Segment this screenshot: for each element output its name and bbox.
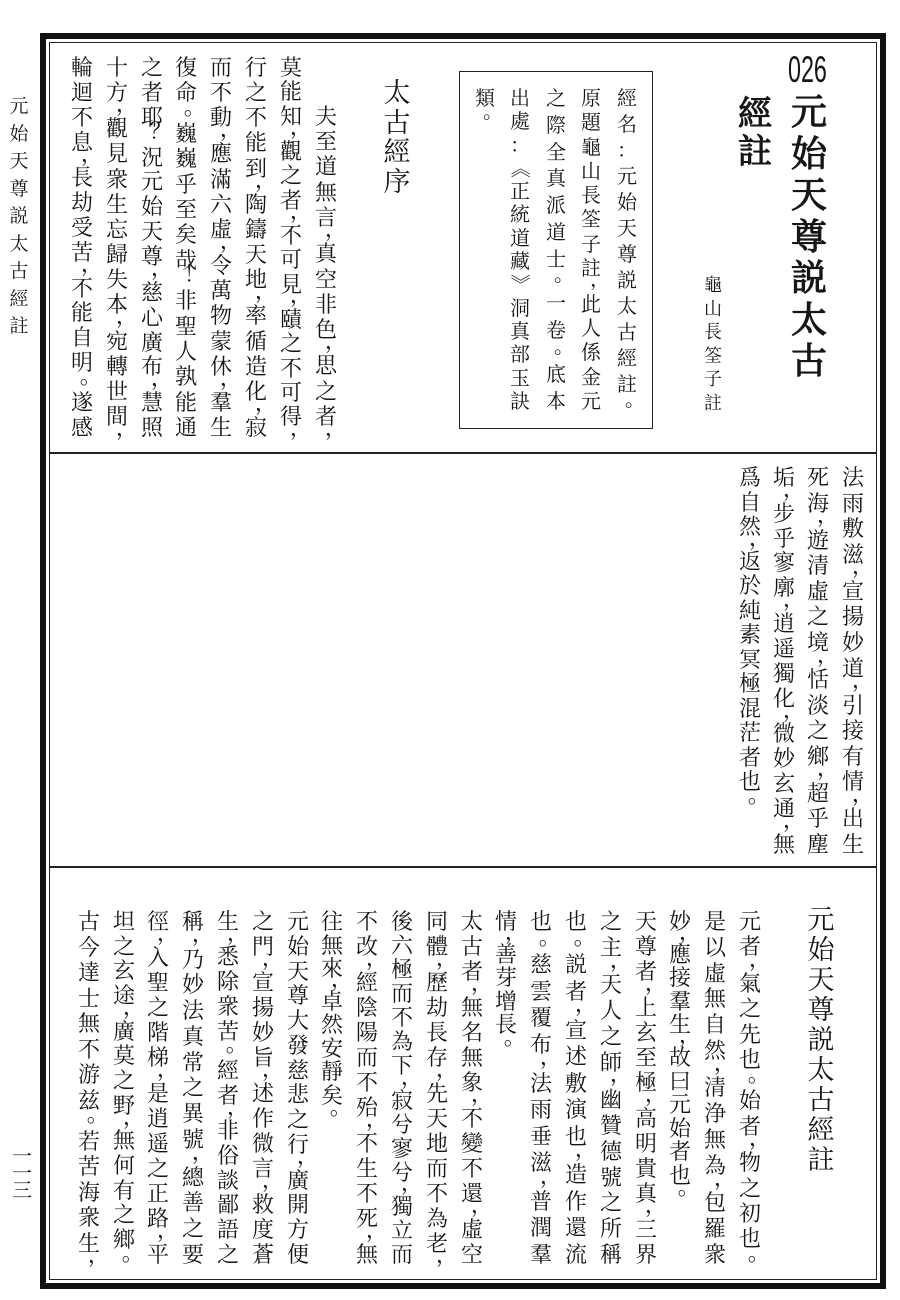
glyph: ， (583, 276, 617, 283)
glyph: 空 (309, 270, 343, 292)
glyph: 不 (65, 108, 99, 130)
glyph: 獨 (385, 1197, 419, 1219)
glyph: 不 (455, 1109, 489, 1131)
glyph: 名 (455, 1023, 489, 1045)
glyph: 明 (629, 1134, 663, 1156)
glyph: 之 (801, 721, 835, 743)
glyph: 。 (220, 1040, 254, 1052)
glyph: 寥 (767, 553, 801, 575)
glyph: 天 (2, 152, 36, 171)
page-number: 一一三 (5, 1148, 39, 1198)
glyph: 先 (420, 1084, 454, 1106)
glyph: 山 (574, 161, 608, 181)
scripture-title-line-1: 元始天尊説太古 (787, 95, 831, 380)
glyph: 自 (65, 328, 99, 350)
glyph: 子 (696, 371, 730, 389)
glyph: 生 (204, 418, 238, 440)
glyph: 者 (663, 1142, 697, 1164)
glyph: 然 (315, 1015, 349, 1037)
glyph: 正 (141, 1184, 175, 1206)
glyph: 。 (81, 1109, 115, 1121)
info-box-column: 之際全真派道士。一卷。底本 (539, 88, 573, 411)
glyph: 慈 (524, 955, 558, 977)
glyph: ， (534, 1173, 568, 1181)
glyph: 十 (100, 58, 134, 80)
glyph: 揚 (836, 607, 870, 629)
glyph: ， (846, 564, 880, 572)
glyph: 物 (204, 306, 238, 328)
commentary-column: 徑，入聖之階梯，是逍遥之正路，平 (141, 912, 175, 1267)
preface-column: 之者耶？況元始天尊，慈心廣布，慧照 (135, 58, 169, 440)
glyph: 是 (141, 1084, 175, 1106)
glyph: 。 (618, 394, 652, 405)
glyph: 真 (539, 168, 573, 188)
glyph: 。 (547, 341, 581, 352)
glyph: 羣 (524, 1245, 558, 1267)
glyph: 貴 (629, 1159, 663, 1181)
glyph: 之 (594, 1027, 628, 1049)
commentary-column: 之門，宣揚妙旨，述作微言，救度蒼 (246, 912, 280, 1267)
info-box-column: 類。 (468, 88, 502, 123)
glyph: 乃 (176, 950, 210, 972)
info-box-column: 經名：元始天尊説太古經註。 (610, 88, 644, 411)
margin-running-title: 元始天尊説太古經註 (2, 97, 36, 336)
glyph: 稱 (594, 1245, 628, 1267)
glyph: 之 (309, 382, 343, 404)
glyph: 悲 (281, 1085, 315, 1107)
glyph: 遥 (141, 1134, 175, 1156)
glyph: 接 (836, 721, 870, 743)
glyph: 説 (799, 1027, 843, 1054)
glyph: 尊 (281, 986, 315, 1008)
glyph: 而 (420, 1159, 454, 1181)
glyph: 無 (107, 1131, 141, 1153)
glyph: 素 (733, 625, 767, 647)
glyph: 上 (629, 998, 663, 1020)
glyph: ， (777, 597, 811, 605)
glyph: 無 (309, 183, 343, 205)
glyph: 善 (489, 945, 523, 967)
glyph: ， (110, 314, 144, 322)
glyph: 太 (610, 296, 644, 316)
glyph: 無 (72, 1014, 106, 1036)
glyph: 古 (799, 1087, 843, 1114)
glyph: 之 (211, 1245, 245, 1267)
glyph: 金 (574, 367, 608, 387)
glyph: 不 (385, 1008, 419, 1030)
glyph: 救 (246, 1195, 280, 1217)
glyph: 此 (574, 294, 608, 314)
glyph: 高 (629, 1109, 663, 1131)
glyph: 混 (733, 699, 767, 721)
glyph: 》 (510, 267, 530, 301)
glyph: 今 (72, 938, 106, 960)
glyph: 古 (787, 344, 831, 380)
glyph: ， (284, 209, 318, 217)
glyph: ， (214, 238, 248, 246)
glyph: 無 (698, 989, 732, 1011)
glyph: 三 (5, 1182, 39, 1198)
glyph: 經 (2, 290, 36, 309)
commentary-column: 妙，應接羣生，故曰元始者也。 (663, 912, 697, 1201)
glyph: 浄 (698, 1104, 732, 1126)
glyph: 無 (350, 1245, 384, 1267)
glyph: ， (846, 791, 880, 799)
glyph: 真 (176, 1027, 210, 1049)
glyph: 塵 (801, 835, 835, 857)
glyph: 受 (65, 218, 99, 240)
glyph: 寥 (385, 1139, 419, 1161)
glyph: 界 (629, 1245, 663, 1267)
glyph: 作 (246, 1109, 280, 1131)
preface-column: 莫能知，觀之者，不可見，賾之不可得， (274, 58, 308, 440)
glyph: 能 (65, 303, 99, 325)
glyph: 出 (503, 88, 537, 108)
glyph: 階 (141, 1023, 175, 1045)
glyph: ， (284, 125, 318, 133)
glyph: 始 (799, 937, 843, 964)
glyph: 經 (799, 1117, 843, 1144)
glyph: ， (499, 929, 533, 937)
glyph: 談 (211, 1171, 245, 1193)
glyph: 雨 (524, 1100, 558, 1122)
glyph: 太 (380, 80, 414, 107)
commentary-column: 太古者，無名無象，不變不還，虛空 (455, 912, 489, 1267)
glyph: 長 (420, 1023, 454, 1045)
glyph: 派 (539, 195, 573, 215)
glyph: 至 (169, 200, 203, 222)
glyph: 慧 (135, 393, 169, 415)
glyph: 元 (799, 907, 843, 934)
glyph: 宣 (246, 973, 280, 995)
glyph: ， (117, 1114, 151, 1122)
glyph: 《 (510, 151, 530, 185)
glyph: 不 (274, 226, 308, 248)
glyph: 天 (135, 222, 169, 244)
glyph: 天 (420, 1109, 454, 1131)
glyph: 經 (733, 97, 777, 131)
glyph: 為 (420, 1209, 454, 1231)
glyph: 何 (107, 1156, 141, 1178)
glyph: 變 (455, 1134, 489, 1156)
glyph: 故 (663, 1048, 697, 1070)
commentary-column: 古今達士無不游兹。若苦海衆生， (72, 912, 106, 1267)
glyph: 物 (733, 1153, 767, 1175)
glyph: 三 (629, 1220, 663, 1242)
glyph: 道 (503, 228, 537, 248)
glyph: ， (319, 339, 353, 347)
glyph: 之 (176, 1078, 210, 1100)
glyph: 所 (594, 1219, 628, 1241)
glyph: 不 (350, 1134, 384, 1156)
glyph: 原 (574, 88, 608, 108)
glyph: 題 (574, 112, 608, 132)
glyph: ， (708, 1175, 742, 1183)
glyph: 大 (281, 1011, 315, 1033)
commentary-column: 也。慈雲覆布，法雨垂滋，普潤羣 (524, 912, 558, 1267)
glyph: 全 (539, 142, 573, 162)
glyph: 純 (733, 601, 767, 623)
glyph: 衆 (211, 997, 245, 1019)
glyph: 訣 (503, 391, 537, 411)
glyph: 遊 (801, 531, 835, 553)
glyph: ， (360, 955, 394, 963)
glyph: ， (249, 289, 283, 297)
glyph: 清 (801, 556, 835, 578)
glyph: 獨 (767, 664, 801, 686)
glyph: ， (325, 976, 359, 984)
glyph: ， (186, 931, 220, 939)
glyph: 方 (281, 1220, 315, 1242)
glyph: 尊 (610, 244, 644, 264)
glyph: ， (319, 227, 353, 235)
glyph: 觀 (100, 119, 134, 141)
glyph: 開 (281, 1195, 315, 1217)
glyph: ， (221, 930, 255, 938)
glyph: 自 (733, 493, 767, 515)
glyph: 始 (135, 197, 169, 219)
glyph: 卓 (315, 992, 349, 1014)
preface-column: 而不動，應滿六虛，令萬物蒙休，羣生 (204, 58, 238, 440)
glyph: 經 (211, 1061, 245, 1083)
glyph: ， (708, 1060, 742, 1068)
glyph: 古 (380, 110, 414, 137)
glyph: 。 (742, 1248, 776, 1260)
glyph: 蒼 (246, 1245, 280, 1267)
glyph: 道 (539, 222, 573, 242)
glyph: 微 (246, 1134, 280, 1156)
glyph: ， (145, 265, 179, 273)
glyph: 説 (559, 955, 593, 977)
glyph: 述 (246, 1084, 280, 1106)
commentary-column: 稱，乃妙法真常之異號，總善之要 (176, 912, 210, 1267)
glyph: 子 (574, 234, 608, 254)
commentary-column: 元者，氣之先也。始者，物之初也。 (733, 912, 767, 1267)
glyph: 註 (2, 317, 36, 336)
glyph: 天 (787, 178, 831, 214)
commentary-column: 是以虛無自然，清浄無為，包羅衆 (698, 912, 732, 1267)
glyph: 逍 (767, 614, 801, 636)
glyph: ， (360, 1227, 394, 1235)
glyph: 始 (610, 192, 644, 212)
glyph: ， (395, 1074, 429, 1082)
glyph: 。 (742, 1069, 776, 1081)
glyph: 敷 (559, 1074, 593, 1096)
glyph: 不 (350, 1073, 384, 1095)
glyph: 部 (503, 344, 537, 364)
glyph: 不 (455, 1159, 489, 1181)
glyph: 歷 (420, 973, 454, 995)
glyph: 士 (72, 989, 106, 1011)
glyph: 龜 (696, 277, 730, 295)
glyph: 宣 (836, 582, 870, 604)
glyph: 長 (65, 168, 99, 190)
glyph: 陶 (239, 195, 273, 217)
glyph: 。 (672, 1183, 706, 1195)
glyph: 無 (315, 936, 349, 958)
glyph: 垂 (524, 1127, 558, 1149)
glyph: 先 (733, 1025, 767, 1047)
glyph: 元 (135, 172, 169, 194)
glyph: 無 (455, 998, 489, 1020)
glyph: 。 (742, 790, 776, 802)
glyph: ， (256, 1066, 290, 1074)
glyph: 廣 (107, 1022, 141, 1044)
glyph: 往 (315, 912, 349, 934)
glyph: 古 (610, 322, 644, 342)
glyph: ， (284, 293, 318, 301)
commentary-column: 同體，歷劫長存，先天地而不為老， (420, 912, 454, 1267)
glyph: ， (284, 425, 318, 433)
glyph: 而 (385, 984, 419, 1006)
glyph: ， (534, 1054, 568, 1062)
glyph: ， (639, 1091, 673, 1099)
glyph: ， (673, 1032, 707, 1040)
glyph: 始 (787, 137, 831, 173)
glyph: 法 (524, 1074, 558, 1096)
glyph: 羣 (663, 992, 697, 1014)
glyph: 之 (107, 1071, 141, 1093)
glyph: 寂 (385, 1091, 419, 1113)
glyph: 聖 (141, 973, 175, 995)
commentary-title: 元始天尊説太古經註 (799, 907, 843, 1174)
glyph: 六 (204, 195, 238, 217)
commentary-column: 不改，經陰陽而不殆，不生不死，無 (350, 912, 384, 1267)
glyph: 尊 (2, 180, 36, 199)
glyph: 元 (574, 391, 608, 411)
glyph: ， (604, 1072, 638, 1080)
glyph: ， (214, 127, 248, 135)
glyph: 微 (767, 724, 801, 746)
glyph: 號 (594, 1168, 628, 1190)
glyph: 人 (169, 342, 203, 364)
commentary-column: 之主，天人之師，幽贊德號之所稱 (594, 912, 628, 1267)
glyph: ， (151, 930, 185, 938)
glyph: 覆 (524, 1008, 558, 1030)
glyph: 天 (239, 245, 273, 267)
glyph: 苦 (72, 1157, 106, 1179)
glyph: 便 (281, 1245, 315, 1267)
glyph: 入 (141, 948, 175, 970)
glyph: 之 (733, 999, 767, 1021)
glyph: ， (777, 707, 811, 715)
glyph: 統 (503, 204, 537, 224)
glyph: ， (430, 1252, 464, 1260)
scripture-title-line-2: 經註 (733, 97, 777, 169)
glyph: 循 (239, 332, 273, 354)
glyph: 安 (315, 1039, 349, 1061)
glyph: 元 (733, 912, 767, 934)
glyph: 虛 (698, 964, 732, 986)
glyph: 長 (574, 185, 608, 205)
glyph: 太 (799, 1057, 843, 1084)
glyph: 能 (274, 82, 308, 104)
glyph: 註 (696, 395, 730, 413)
glyph: 莫 (274, 58, 308, 80)
glyph: 生 (100, 195, 134, 217)
glyph: 鄙 (211, 1195, 245, 1217)
glyph: 尊 (629, 937, 663, 959)
glyph: 者 (733, 748, 767, 770)
glyph: 極 (385, 960, 419, 982)
glyph: 衆 (100, 170, 134, 192)
glyph: 天 (799, 967, 843, 994)
glyph: 本 (539, 391, 573, 411)
glyph: ， (82, 1252, 116, 1260)
glyph: 能 (239, 133, 273, 155)
glyph: 至 (629, 1048, 663, 1070)
glyph: 天 (610, 218, 644, 238)
glyph: ， (465, 1202, 499, 1210)
glyph: ？ (144, 126, 178, 138)
author-line: 龜山長筌子註 (696, 277, 730, 413)
glyph: 達 (72, 963, 106, 985)
glyph: 註 (799, 1147, 843, 1174)
glyph: 初 (733, 1204, 767, 1226)
glyph: 有 (107, 1181, 141, 1203)
glyph: 揚 (246, 998, 280, 1020)
glyph: 天 (281, 962, 315, 984)
glyph: 。 (476, 106, 510, 117)
glyph: 。 (116, 1248, 150, 1260)
glyph: 始 (663, 1119, 697, 1141)
glyph: 賾 (274, 310, 308, 332)
glyph: 莫 (107, 1046, 141, 1068)
commentary-column: 生，悉除衆苦。經者，非俗談鄙語之 (211, 912, 245, 1267)
glyph: 尊 (799, 997, 843, 1024)
glyph: 還 (559, 1218, 593, 1240)
section-divider-bottom (50, 866, 876, 868)
glyph: 宛 (100, 332, 134, 354)
glyph: 率 (239, 306, 273, 328)
glyph: ， (430, 1066, 464, 1074)
glyph: 。 (547, 269, 581, 280)
glyph: 萬 (204, 281, 238, 303)
glyph: 世 (100, 382, 134, 404)
glyph: ： (610, 140, 644, 160)
glyph: 生 (836, 835, 870, 857)
glyph: ， (743, 1135, 777, 1143)
preface-continuation-column: 法雨敷滋，宣揚妙道，引接有情，出生 (836, 468, 870, 857)
glyph: 慈 (135, 283, 169, 305)
glyph: ， (249, 400, 283, 408)
glyph: 作 (559, 1192, 593, 1214)
glyph: 引 (836, 696, 870, 718)
glyph: 天 (594, 975, 628, 997)
glyph: 衆 (698, 1245, 732, 1267)
glyph: 之 (539, 88, 573, 108)
glyph: 不 (72, 1040, 106, 1062)
commentary-column: 後六極而不為下，寂兮寥兮，獨立而 (385, 912, 419, 1267)
glyph: ， (777, 486, 811, 494)
glyph: 不 (350, 912, 384, 934)
glyph: 無 (767, 835, 801, 857)
glyph: ， (846, 678, 880, 686)
glyph: 行 (239, 58, 273, 80)
glyph: 筌 (696, 348, 730, 366)
glyph: 滿 (204, 170, 238, 192)
info-box-column: 原題龜山長筌子註，此人係金元 (574, 88, 608, 411)
glyph: 經 (610, 88, 644, 108)
glyph: 同 (420, 912, 454, 934)
glyph: 感 (65, 418, 99, 440)
glyph: ， (430, 955, 464, 963)
glyph: 靜 (315, 1062, 349, 1084)
glyph: 虛 (455, 1220, 489, 1242)
glyph: 長 (696, 324, 730, 342)
glyph: 真 (309, 244, 343, 266)
glyph: 矣 (169, 225, 203, 247)
